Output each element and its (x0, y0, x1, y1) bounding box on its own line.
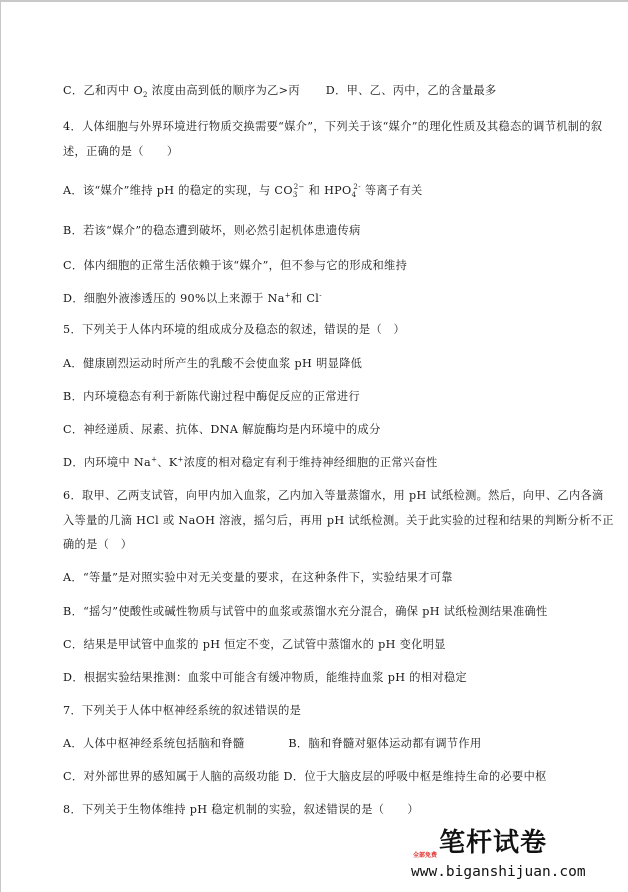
watermark-logo: 笔杆试卷 全部免费 www.biganshijuan.com (413, 828, 613, 892)
q6-option-d: D．根据实验结果推测：血浆中可能含有缓冲物质，能维持血浆 pH 的相对稳定 (63, 671, 467, 685)
q8-stem: 8．下列关于生物体维持 pH 稳定机制的实验，叙述错误的是（ ） (63, 803, 419, 817)
q4-stem-line1: 4．人体细胞与外界环境进行物质交换需要“媒介”，下列关于该“媒介”的理化性质及其… (63, 120, 602, 134)
q6-stem-line2: 入等量的几滴 HCl 或 NaOH 溶液，摇匀后，再用 pH 试纸检测。关于此实… (63, 514, 614, 528)
q6-stem-line3: 确的是（ ） (63, 538, 132, 552)
watermark-badge: 全部免费 (413, 850, 437, 859)
q7-stem: 7．下列关于人体中枢神经系统的叙述错误的是 (63, 704, 301, 718)
q7-options-cd: C．对外部世界的感知属于人脑的高级功能 D．位于大脑皮层的呼吸中枢是维持生命的必… (63, 770, 547, 784)
q6-stem-line1: 6．取甲、乙两支试管，向甲内加入血浆，乙内加入等量蒸馏水，用 pH 试纸检测。然… (63, 489, 604, 503)
q5-option-d: D．内环境中 Na+、K+浓度的相对稳定有利于维持神经细胞的正常兴奋性 (63, 456, 438, 470)
q7-option-b: B．脑和脊髓对躯体运动都有调节作用 (288, 737, 481, 750)
q3-option-d: D．甲、乙、丙中，乙的含量最多 (326, 84, 497, 97)
q4-option-d: D．细胞外液渗透压的 90%以上来源于 Na+和 Cl- (63, 292, 322, 306)
q7-option-a: A．人体中枢神经系统包括脑和脊髓 (63, 737, 245, 750)
q5-stem: 5．下列关于人体内环境的组成成分及稳态的叙述，错误的是（ ） (63, 323, 405, 337)
q5-option-a: A．健康剧烈运动时所产生的乳酸不会使血浆 pH 明显降低 (63, 357, 362, 371)
watermark-url: www.biganshijuan.com (411, 863, 586, 881)
q5-option-c: C．神经递质、尿素、抗体、DNA 解旋酶均是内环境中的成分 (63, 423, 381, 437)
q6-option-a: A．“等量”是对照实验中对无关变量的要求，在这种条件下，实验结果才可靠 (63, 571, 453, 585)
q7-options-ab: A．人体中枢神经系统包括脑和脊髓 B．脑和脊髓对躯体运动都有调节作用 (63, 737, 482, 751)
q3-options-cd: C．乙和丙中 O2 浓度由高到低的顺序为乙>丙 D．甲、乙、丙中，乙的含量最多 (63, 84, 497, 98)
q7-option-d: D．位于大脑皮层的呼吸中枢是维持生命的必要中枢 (284, 770, 547, 783)
q4-option-b: B．若该“媒介”的稳态遭到破坏，则必然引起机体患遗传病 (63, 224, 361, 238)
q7-option-c: C．对外部世界的感知属于人脑的高级功能 (63, 770, 280, 783)
q5-option-b: B．内环境稳态有利于新陈代谢过程中酶促反应的正常进行 (63, 390, 360, 404)
q4-option-a: A．该“媒介”维持 pH 的稳定的实现，与 CO32− 和 HPO42- 等离子… (63, 184, 423, 198)
q6-option-c: C．结果是甲试管中血浆的 pH 恒定不变，乙试管中蒸馏水的 pH 变化明显 (63, 638, 446, 652)
q4-stem-line2: 述，正确的是（ ） (63, 145, 178, 159)
watermark-title: 笔杆试卷 (439, 828, 547, 858)
q6-option-b: B．“摇匀”使酸性或碱性物质与试管中的血浆或蒸馏水充分混合，确保 pH 试纸检测… (63, 605, 548, 619)
document-page: C．乙和丙中 O2 浓度由高到低的顺序为乙>丙 D．甲、乙、丙中，乙的含量最多 … (0, 0, 628, 892)
q4-option-c: C．体内细胞的正常生活依赖于该“媒介”，但不参与它的形成和维持 (63, 259, 407, 273)
q3-option-c: C．乙和丙中 O2 浓度由高到低的顺序为乙>丙 (63, 84, 300, 97)
